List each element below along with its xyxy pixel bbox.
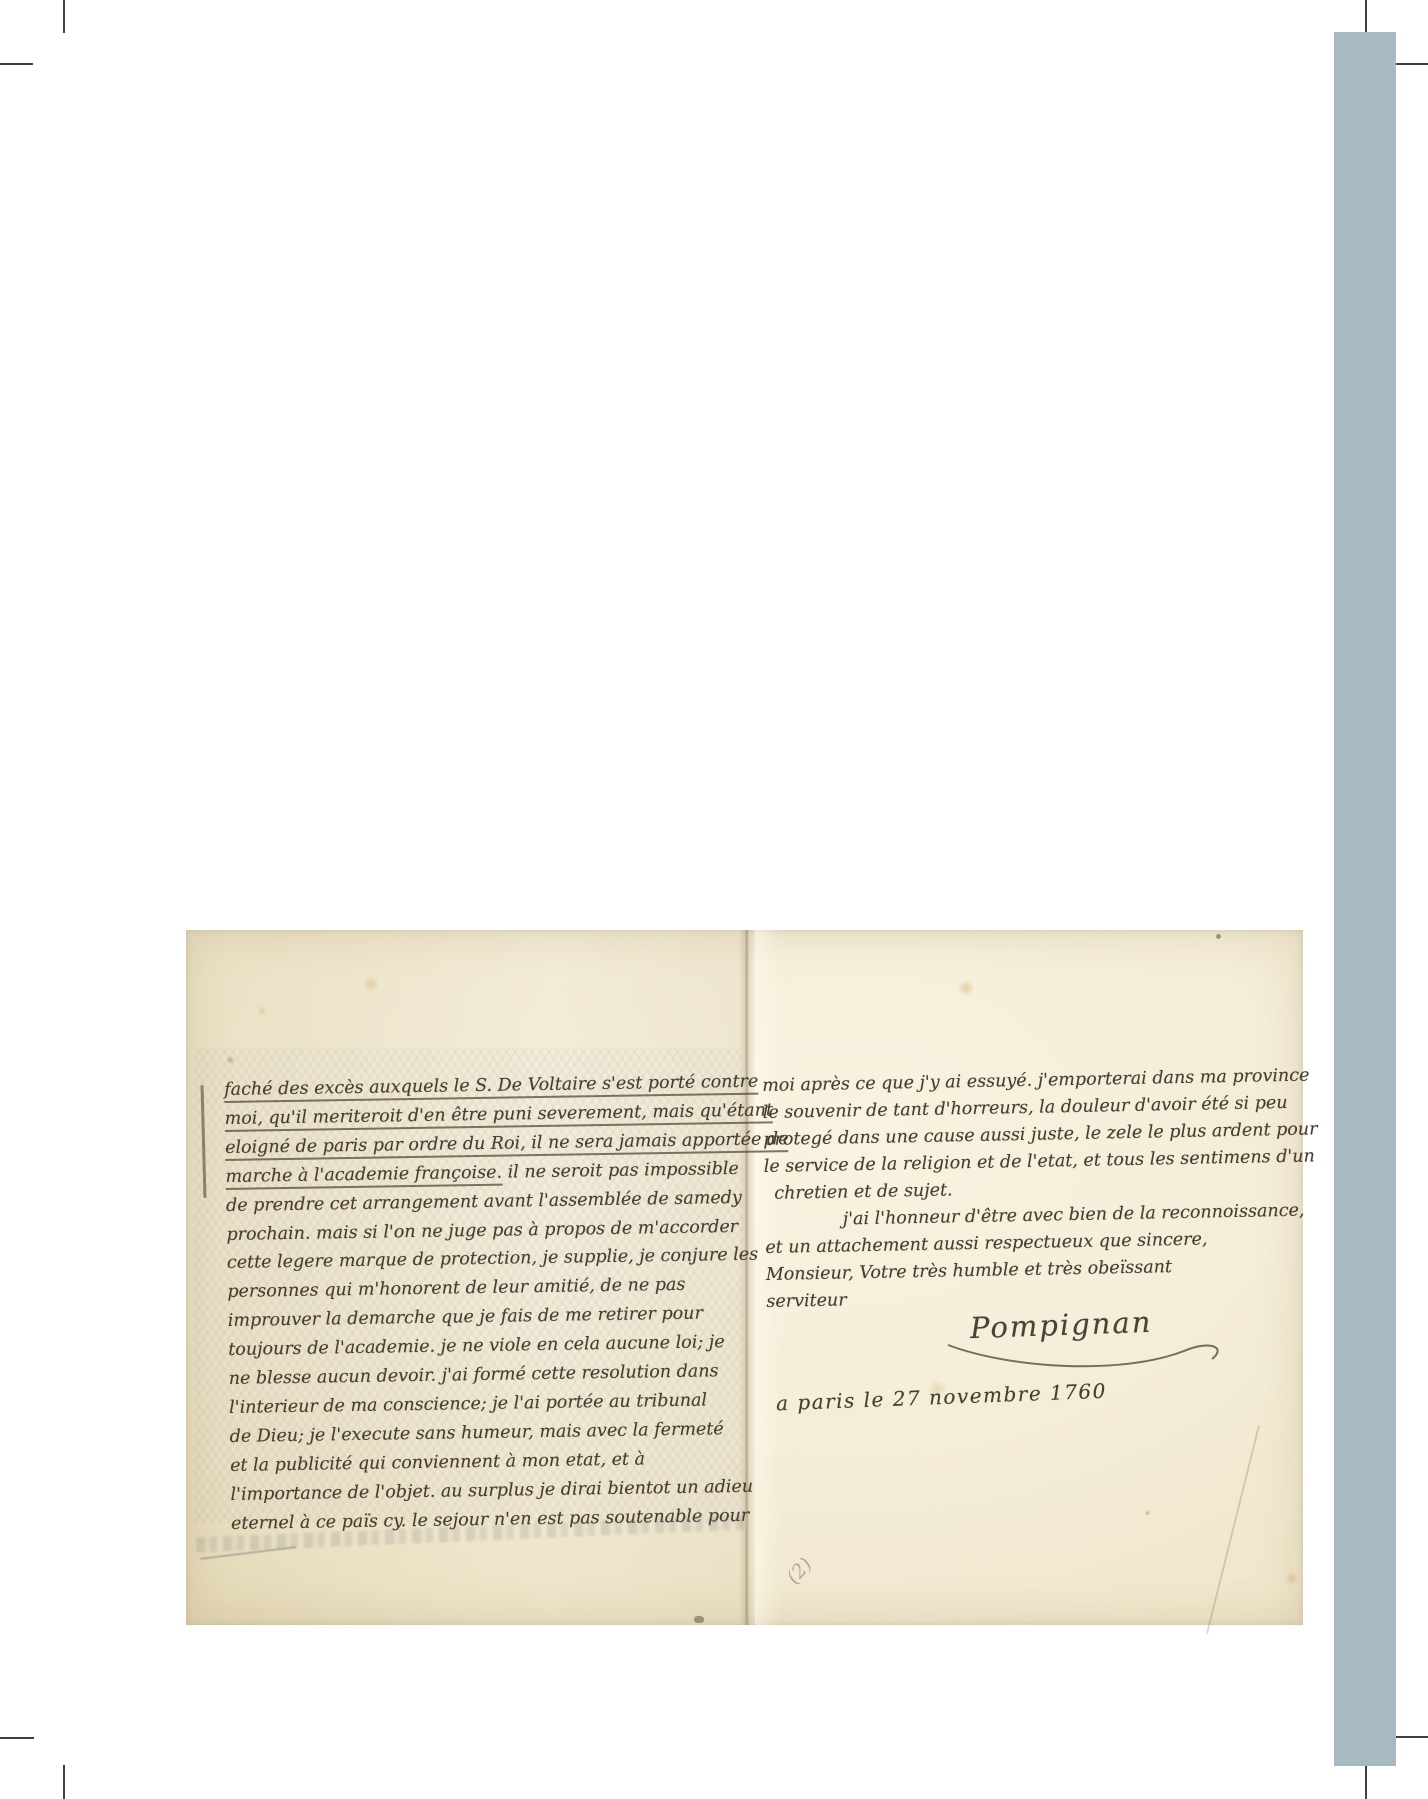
line-text: improuver la demarche que je fais de me … — [228, 1304, 703, 1331]
line-text: toujours de l'academie. je ne viole en c… — [228, 1332, 725, 1360]
bleed-color-bar — [1334, 32, 1396, 1766]
crop-mark-bottom-right-vertical — [1365, 1766, 1367, 1799]
crop-mark-bottom-left-horizontal — [0, 1737, 34, 1739]
line-text: et la publicité qui conviennent à mon et… — [230, 1449, 645, 1476]
stain — [1284, 1572, 1300, 1585]
manuscript-scan: faché des excès auxquels le S. De Voltai… — [186, 930, 1303, 1625]
line-text: cette legere marque de protection, je su… — [227, 1245, 758, 1273]
stain — [362, 977, 380, 991]
left-page-text: faché des excès auxquels le S. De Voltai… — [224, 1067, 795, 1538]
paper-scratch — [1206, 1425, 1260, 1634]
stain — [1216, 934, 1221, 939]
right-page-text: moi après ce que j'y ai essuyé. j'emport… — [762, 1062, 1321, 1316]
line-text: personnes qui m'honorent de leur amitié,… — [227, 1275, 685, 1302]
signature-flourish — [942, 1335, 1242, 1380]
line-text: prochain. mais si l'on ne juge pas à pro… — [226, 1216, 738, 1244]
crop-mark-top-left-vertical — [63, 0, 65, 33]
crop-mark-top-right-horizontal — [1395, 63, 1428, 65]
line-text: de prendre cet arrangement avant l'assem… — [226, 1188, 742, 1216]
page: faché des excès auxquels le S. De Voltai… — [0, 0, 1428, 1799]
line-text: de Dieu; je l'execute sans humeur, mais … — [230, 1419, 724, 1447]
dateline: a paris le 27 novembre 1760 — [776, 1379, 1108, 1416]
line-text: il ne seroit pas impossible — [502, 1159, 739, 1183]
underlined-text: marche à l'academie françoise. — [225, 1162, 502, 1189]
stain — [694, 1616, 704, 1623]
stain — [956, 980, 976, 996]
line-text: l'importance de l'objet. au surplus je d… — [230, 1476, 753, 1504]
crop-mark-bottom-right-horizontal — [1395, 1736, 1428, 1738]
pencil-mark: (2) — [782, 1554, 816, 1589]
stain — [256, 1006, 268, 1016]
crop-mark-top-right-vertical — [1365, 0, 1367, 32]
crop-mark-bottom-left-vertical — [63, 1765, 65, 1799]
stain — [226, 1056, 235, 1064]
line-text: l'interieur de ma conscience; je l'ai po… — [229, 1390, 707, 1418]
line-text: ne blesse aucun devoir. j'ai formé cette… — [229, 1361, 719, 1389]
stain — [1144, 1510, 1151, 1516]
crop-mark-top-left-horizontal — [0, 63, 33, 65]
